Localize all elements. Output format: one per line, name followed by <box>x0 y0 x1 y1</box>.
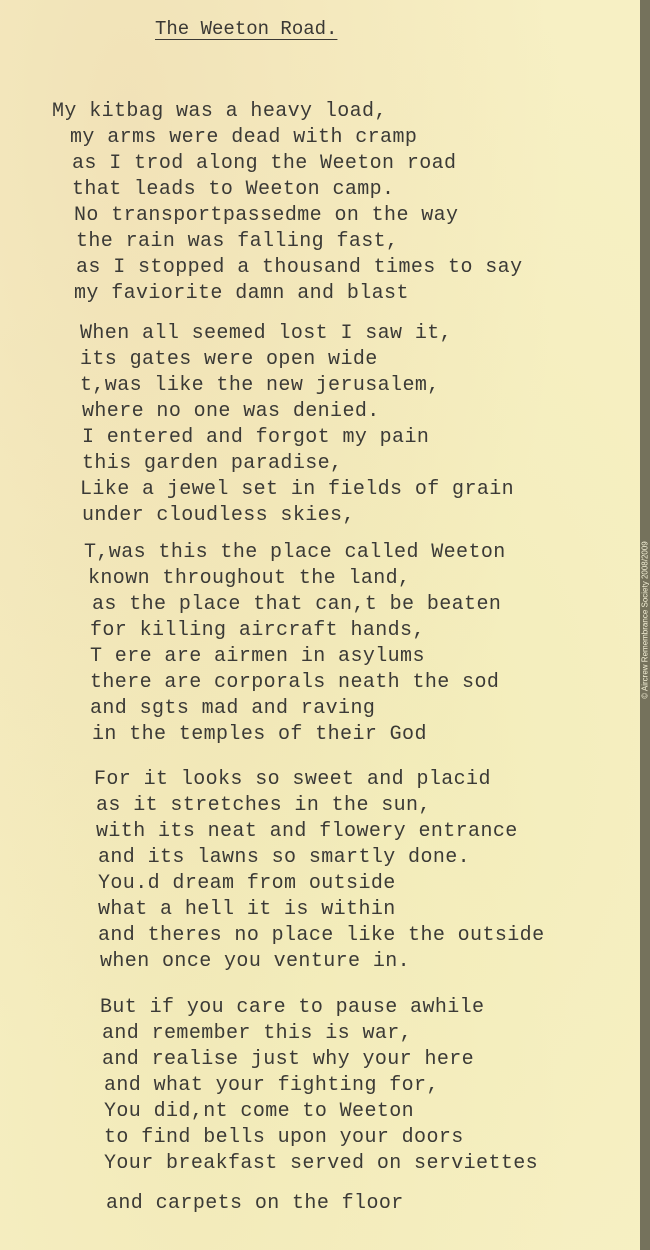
poem-line: and realise just why your here <box>102 1048 474 1071</box>
typewritten-page: The Weeton Road. My kitbag was a heavy l… <box>0 0 640 1250</box>
poem-line: as I stopped a thousand times to say <box>76 256 522 279</box>
poem-line: For it looks so sweet and placid <box>94 768 491 791</box>
poem-line: No transportpassedme on the way <box>74 204 458 227</box>
poem-line: there are corporals neath the sod <box>90 671 499 694</box>
poem-line: its gates were open wide <box>80 348 378 371</box>
poem-line: as it stretches in the sun, <box>96 794 431 817</box>
poem-line: and theres no place like the outside <box>98 924 544 947</box>
poem-title: The Weeton Road. <box>155 18 337 40</box>
poem-line: and its lawns so smartly done. <box>98 846 470 869</box>
poem-line: t,was like the new jerusalem, <box>80 374 440 397</box>
poem-line: You.d dream from outside <box>98 872 396 895</box>
poem-line: Like a jewel set in fields of grain <box>80 478 514 501</box>
poem-line: known throughout the land, <box>88 567 410 590</box>
poem-line: Your breakfast served on serviettes <box>104 1152 538 1175</box>
poem-line: that leads to Weeton camp. <box>72 178 394 201</box>
copyright-notice: © Aircrew Remembrance Society 2008/2009 <box>641 541 650 699</box>
poem-line: as I trod along the Weeton road <box>72 152 456 175</box>
poem-line: where no one was denied. <box>82 400 380 423</box>
poem-line: T ere are airmen in asylums <box>90 645 425 668</box>
poem-line: in the temples of their God <box>92 723 427 746</box>
poem-line: and carpets on the floor <box>106 1192 404 1215</box>
poem-line: T,was this the place called Weeton <box>84 541 506 564</box>
poem-line: and sgts mad and raving <box>90 697 375 720</box>
poem-line: I entered and forgot my pain <box>82 426 429 449</box>
poem-line: My kitbag was a heavy load, <box>52 100 387 123</box>
poem-line: with its neat and flowery entrance <box>96 820 518 843</box>
poem-line: under cloudless skies, <box>82 504 355 527</box>
poem-line: when once you venture in. <box>100 950 410 973</box>
poem-line: what a hell it is within <box>98 898 396 921</box>
poem-line: as the place that can,t be beaten <box>92 593 501 616</box>
poem-line: But if you care to pause awhile <box>100 996 484 1019</box>
poem-line: When all seemed lost I saw it, <box>80 322 452 345</box>
poem-line: the rain was falling fast, <box>76 230 398 253</box>
poem-line: my faviorite damn and blast <box>74 282 409 305</box>
poem-line: You did,nt come to Weeton <box>104 1100 414 1123</box>
poem-line: this garden paradise, <box>82 452 342 475</box>
poem-line: and remember this is war, <box>102 1022 412 1045</box>
poem-line: for killing aircraft hands, <box>90 619 425 642</box>
poem-line: to find bells upon your doors <box>104 1126 464 1149</box>
poem-line: and what your fighting for, <box>104 1074 439 1097</box>
poem-line: my arms were dead with cramp <box>70 126 417 149</box>
